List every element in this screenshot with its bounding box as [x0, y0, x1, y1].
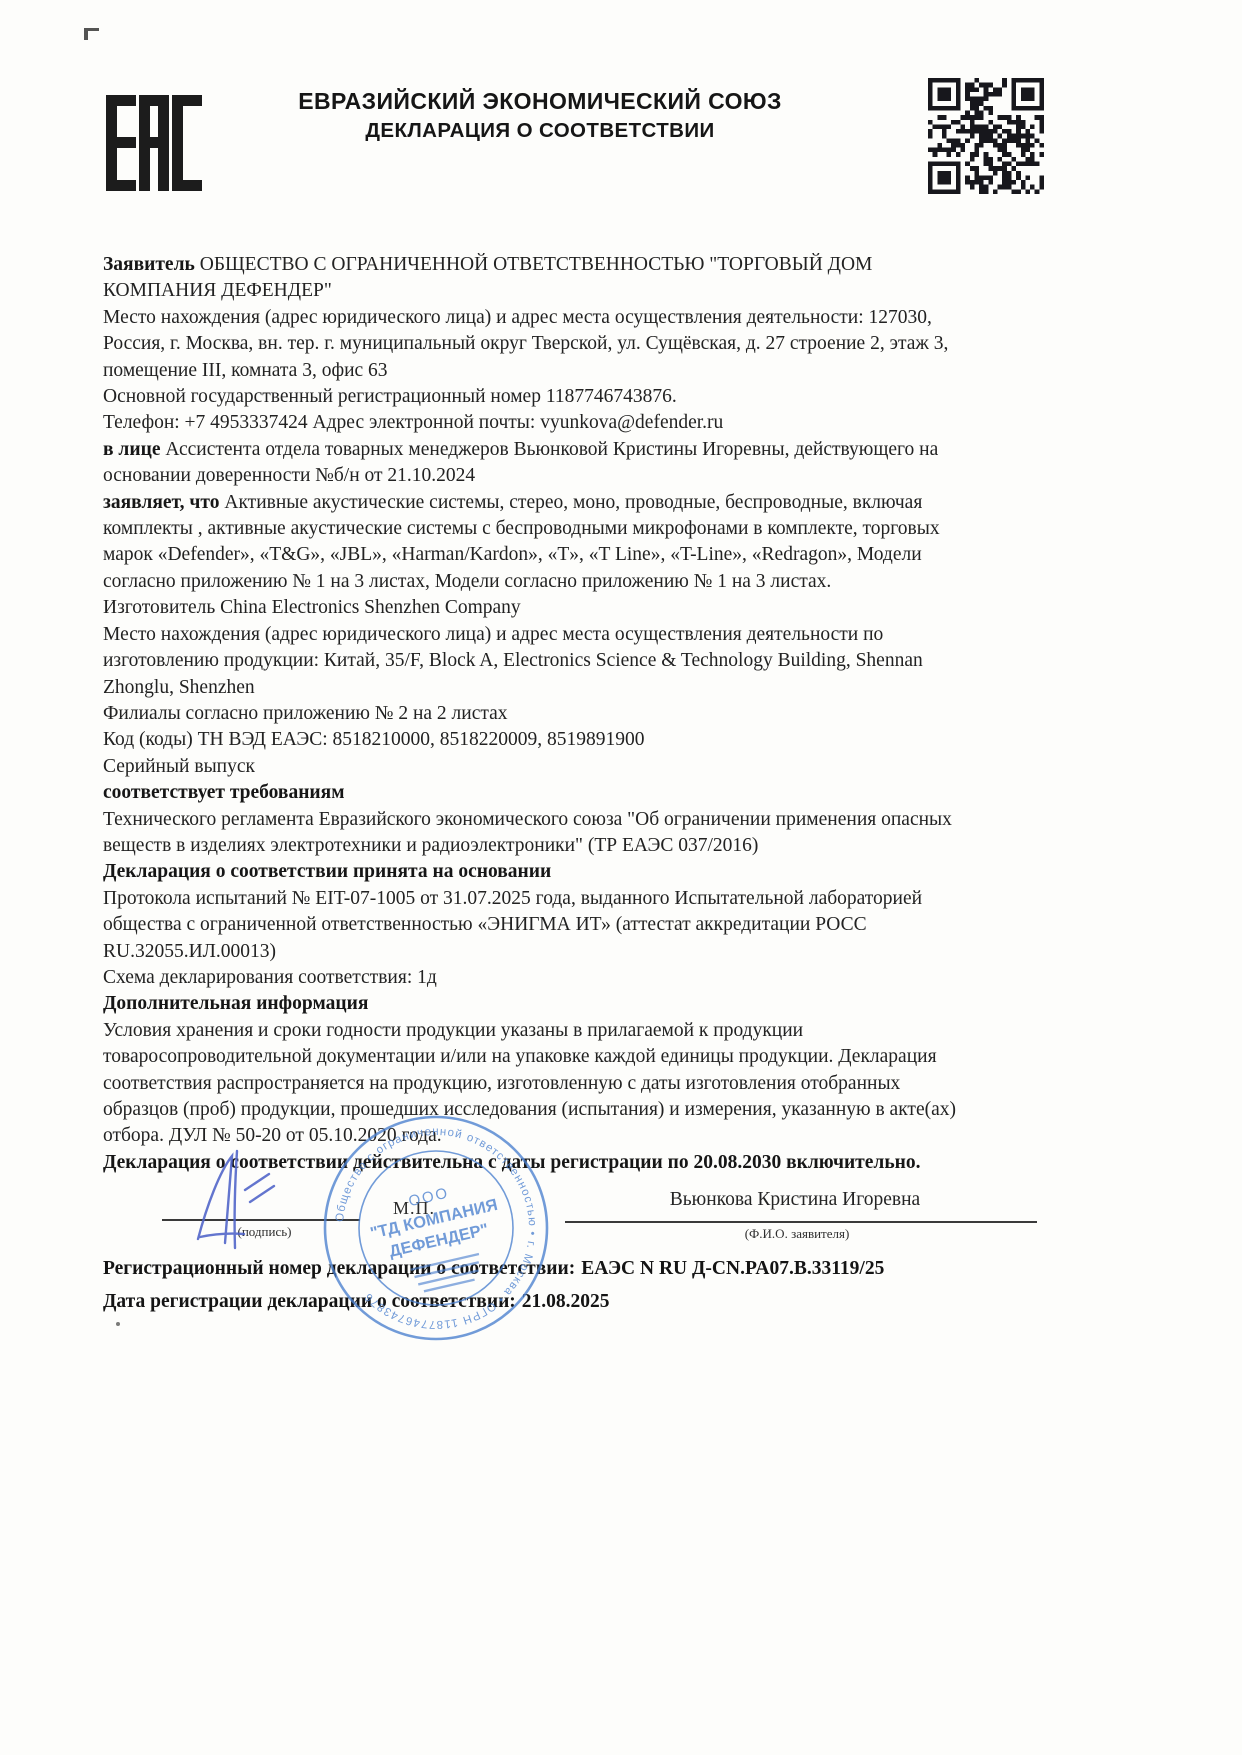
body-line: Дополнительная информация [103, 991, 1108, 1017]
body-line: веществ в изделиях электротехники и ради… [103, 833, 1108, 859]
body-line: Технического регламента Евразийского эко… [103, 807, 1108, 833]
body-line: согласно приложению № 1 на 3 листах, Мод… [103, 569, 1108, 595]
body-line: основании доверенности №б/н от 21.10.202… [103, 463, 1108, 489]
body-line: помещение III, комната 3, офис 63 [103, 358, 1108, 384]
body-line: Zhonglu, Shenzhen [103, 675, 1108, 701]
body-line: Условия хранения и сроки годности продук… [103, 1018, 1108, 1044]
scan-artifact [116, 1322, 120, 1326]
body-line: Схема декларирования соответствия: 1д [103, 965, 1108, 991]
body-line: Телефон: +7 4953337424 Адрес электронной… [103, 410, 1108, 436]
registration-date-line: Дата регистрации декларации о соответств… [103, 1291, 610, 1313]
title-union: ЕВРАЗИЙСКИЙ ЭКОНОМИЧЕСКИЙ СОЮЗ [270, 88, 810, 115]
body-line: Заявитель ОБЩЕСТВО С ОГРАНИЧЕННОЙ ОТВЕТС… [103, 252, 1108, 278]
body-line: Филиалы согласно приложению № 2 на 2 лис… [103, 701, 1108, 727]
document-title: ЕВРАЗИЙСКИЙ ЭКОНОМИЧЕСКИЙ СОЮЗ ДЕКЛАРАЦИ… [270, 88, 810, 143]
applicant-name: Вьюнкова Кристина Игоревна [660, 1189, 930, 1211]
body-line: Место нахождения (адрес юридического лиц… [103, 305, 1108, 331]
signature-line [162, 1219, 360, 1221]
registration-number-line: Регистрационный номер декларации о соотв… [103, 1258, 884, 1280]
body-line: товаросопроводительной документации и/ил… [103, 1044, 1108, 1070]
body-line: общества с ограниченной ответственностью… [103, 912, 1108, 938]
body-line: отбора. ДУЛ № 50-20 от 05.10.2020 года. [103, 1123, 1108, 1149]
body-line: Основной государственный регистрационный… [103, 384, 1108, 410]
body-line: марок «Defender», «T&G», «JBL», «Harman/… [103, 542, 1108, 568]
body-line: изготовлению продукции: Китай, 35/F, Blo… [103, 648, 1108, 674]
mp-seal-label: М.П. [393, 1198, 435, 1219]
body-line: Россия, г. Москва, вн. тер. г. муниципал… [103, 331, 1108, 357]
scan-artifact [84, 28, 99, 40]
title-declaration: ДЕКЛАРАЦИЯ О СООТВЕТСТВИИ [270, 118, 810, 143]
registration-date-label: Дата регистрации декларации о соответств… [103, 1291, 516, 1312]
body-line: в лице Ассистента отдела товарных менедж… [103, 437, 1108, 463]
qr-code [928, 78, 1044, 194]
body-line: КОМПАНИЯ ДЕФЕНДЕР" [103, 278, 1108, 304]
body-line: соответствует требованиям [103, 780, 1108, 806]
declaration-page: ЕВРАЗИЙСКИЙ ЭКОНОМИЧЕСКИЙ СОЮЗ ДЕКЛАРАЦИ… [0, 0, 1242, 1755]
body-line: RU.32055.ИЛ.00013) [103, 939, 1108, 965]
validity-statement: Декларация о соответствии действительна … [103, 1152, 921, 1174]
registration-date-value: 21.08.2025 [516, 1291, 610, 1312]
name-caption: (Ф.И.О. заявителя) [672, 1226, 922, 1242]
body-line: Код (коды) ТН ВЭД ЕАЭС: 8518210000, 8518… [103, 727, 1108, 753]
document-body: Заявитель ОБЩЕСТВО С ОГРАНИЧЕННОЙ ОТВЕТС… [103, 252, 1108, 1150]
body-line: Декларация о соответствии принята на осн… [103, 859, 1108, 885]
eac-logo-icon [106, 95, 202, 191]
body-line: Серийный выпуск [103, 754, 1108, 780]
body-line: Изготовитель China Electronics Shenzhen … [103, 595, 1108, 621]
body-line: Протокола испытаний № EIT-07-1005 от 31.… [103, 886, 1108, 912]
body-line: Место нахождения (адрес юридического лиц… [103, 622, 1108, 648]
body-line: заявляет, что Активные акустические сист… [103, 490, 1108, 516]
body-line: комплекты , активные акустические систем… [103, 516, 1108, 542]
stamp-company-2: ДЕФЕНДЕР" [388, 1220, 491, 1260]
signature-caption: (подпись) [197, 1224, 332, 1240]
registration-number-value: ЕАЭС N RU Д-CN.PA07.B.33119/25 [575, 1258, 884, 1279]
body-line: образцов (проб) продукции, прошедших исс… [103, 1097, 1108, 1123]
name-line [565, 1221, 1037, 1223]
registration-number-label: Регистрационный номер декларации о соотв… [103, 1258, 575, 1279]
body-line: соответствия распространяется на продукц… [103, 1071, 1108, 1097]
